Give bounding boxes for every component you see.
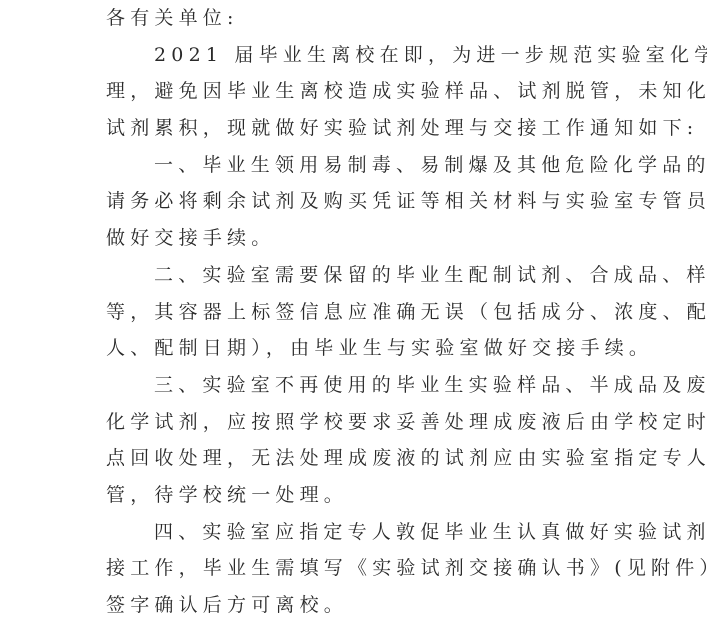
paragraph-line: 化学试剂，应按照学校要求妥善处理成废液后由学校定时定 [106,404,618,441]
paragraph-line: 二、实验室需要保留的毕业生配制试剂、合成品、样品 [106,257,618,294]
salutation-line: 各有关单位: [106,0,618,37]
paragraph-line: 等，其容器上标签信息应准确无误（包括成分、浓度、配制 [106,294,618,331]
paragraph-line: 试剂累积，现就做好实验试剂处理与交接工作通知如下: [106,110,618,147]
paragraph-line: 三、实验室不再使用的毕业生实验样品、半成品及废弃 [106,367,618,404]
paragraph-line: 签字确认后方可离校。 [106,587,618,624]
paragraph-line: 接工作，毕业生需填写《实验试剂交接确认书》(见附件）并 [106,550,618,587]
paragraph-line: 理，避免因毕业生离校造成实验样品、试剂脱管，未知化学 [106,73,618,110]
paragraph-line: 人、配制日期），由毕业生与实验室做好交接手续。 [106,330,618,367]
paragraph-line: 一、毕业生领用易制毒、易制爆及其他危险化学品的， [106,147,618,184]
paragraph-line: 管，待学校统一处理。 [106,477,618,514]
paragraph-item-4: 四、实验室应指定专人敦促毕业生认真做好实验试剂交 接工作，毕业生需填写《实验试剂… [106,514,618,624]
paragraph-line: 四、实验室应指定专人敦促毕业生认真做好实验试剂交 [106,514,618,551]
notice-document: 各有关单位: 2021 届毕业生离校在即，为进一步规范实验室化学品管 理，避免因… [106,0,618,624]
paragraph-item-2: 二、实验室需要保留的毕业生配制试剂、合成品、样品 等，其容器上标签信息应准确无误… [106,257,618,367]
salutation: 各有关单位: [106,0,618,37]
paragraph-line: 请务必将剩余试剂及购买凭证等相关材料与实验室专管员 [106,183,618,220]
paragraph-line: 做好交接手续。 [106,220,618,257]
paragraph-line: 2021 届毕业生离校在即，为进一步规范实验室化学品管 [106,37,618,74]
paragraph-line: 点回收处理，无法处理成废液的试剂应由实验室指定专人保 [106,440,618,477]
paragraph-item-1: 一、毕业生领用易制毒、易制爆及其他危险化学品的， 请务必将剩余试剂及购买凭证等相… [106,147,618,257]
paragraph-intro: 2021 届毕业生离校在即，为进一步规范实验室化学品管 理，避免因毕业生离校造成… [106,37,618,147]
paragraph-item-3: 三、实验室不再使用的毕业生实验样品、半成品及废弃 化学试剂，应按照学校要求妥善处… [106,367,618,514]
